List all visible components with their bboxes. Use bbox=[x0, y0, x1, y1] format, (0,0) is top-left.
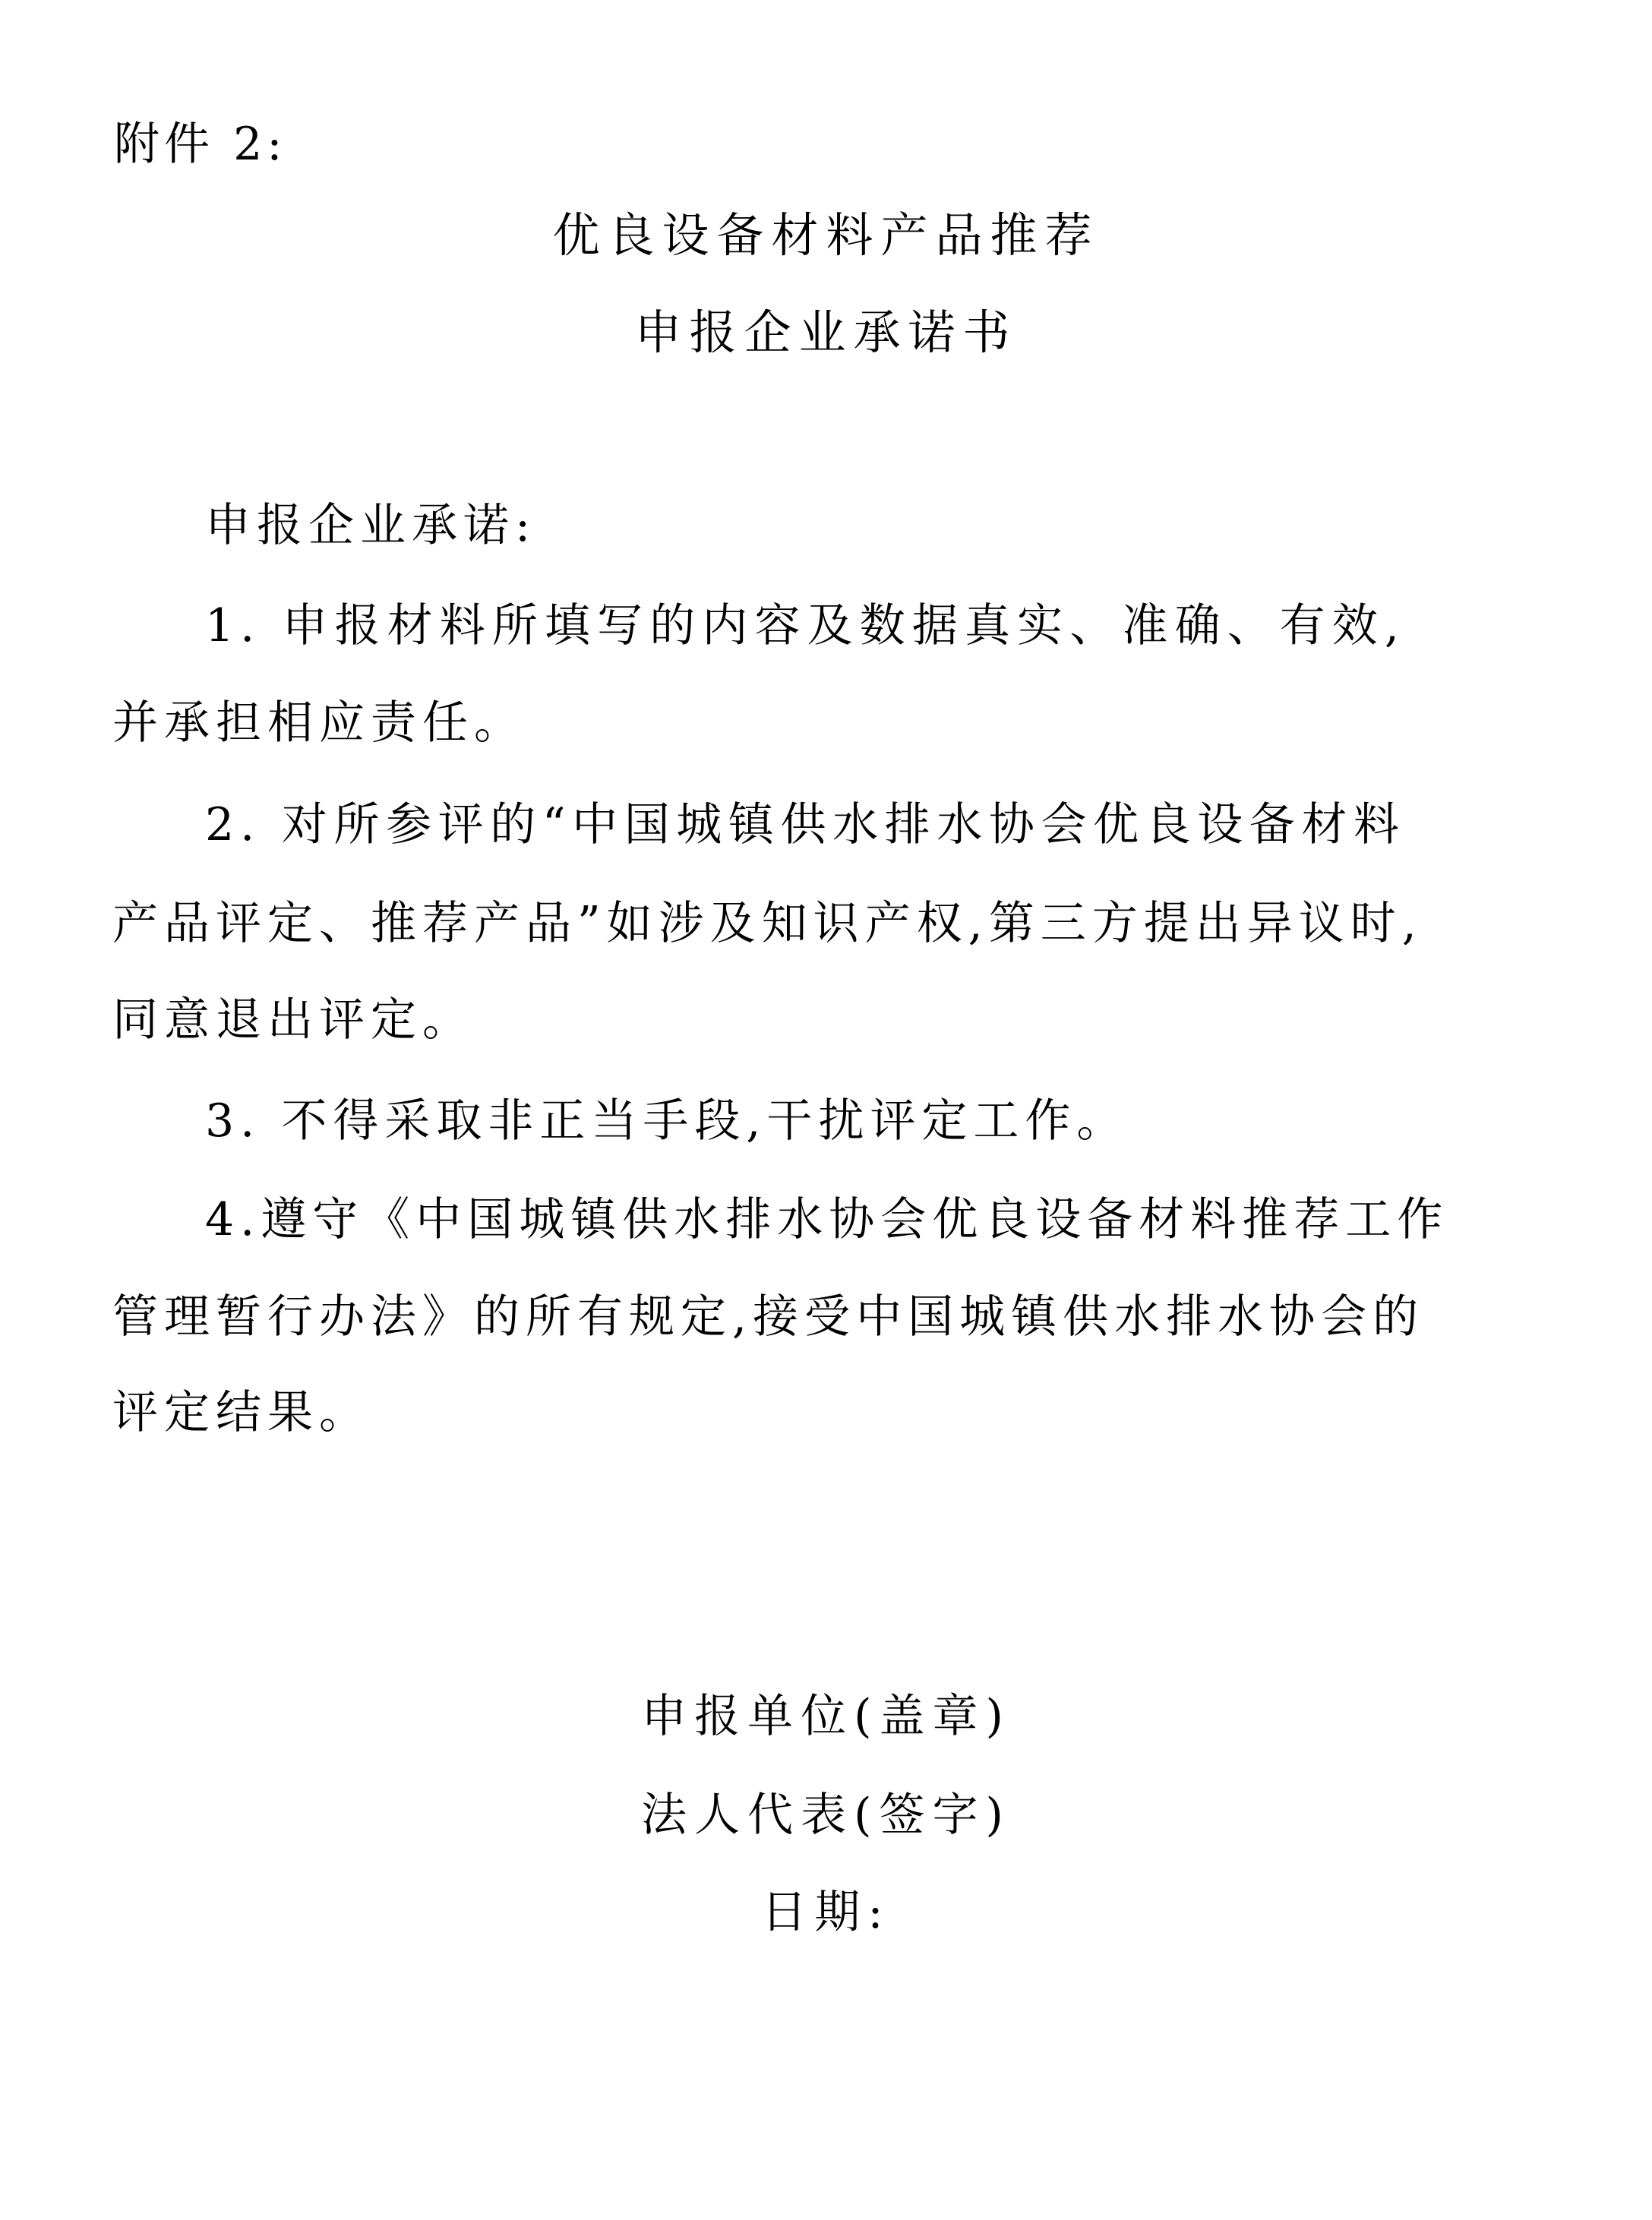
attachment-label: 附件 2: bbox=[114, 114, 286, 175]
commitment-4-line-1: 4.遵守《中国城镇供水排水协会优良设备材料推荐工作 bbox=[205, 1189, 1405, 1250]
commitment-2-line-2: 产品评定、推荐产品”如涉及知识产权,第三方提出异议时, bbox=[112, 893, 1404, 954]
commitment-3-line-1: 3. 不得采取非正当手段,干扰评定工作。 bbox=[205, 1091, 1128, 1151]
title-line-2: 申报企业承诺书 bbox=[0, 302, 1652, 363]
commitment-2-line-1: 2. 对所参评的“中国城镇供水排水协会优良设备材料 bbox=[205, 794, 1405, 855]
title-line-1: 优良设备材料产品推荐 bbox=[0, 205, 1652, 266]
commitment-1-line-1: 1. 申报材料所填写的内容及数据真实、准确、有效, bbox=[205, 595, 1405, 656]
commitment-4-line-3: 评定结果。 bbox=[112, 1382, 371, 1443]
signature-legal-representative: 法人代表(签字) bbox=[0, 1785, 1652, 1846]
signature-date: 日期: bbox=[0, 1882, 1652, 1943]
commitment-1-line-2: 并承担相应责任。 bbox=[112, 693, 526, 753]
intro-text: 申报企业承诺: bbox=[205, 495, 536, 556]
signature-unit-seal: 申报单位(盖章) bbox=[0, 1686, 1652, 1747]
document-page: 附件 2: 优良设备材料产品推荐 申报企业承诺书 申报企业承诺: 1. 申报材料… bbox=[0, 0, 1652, 2220]
commitment-2-line-3: 同意退出评定。 bbox=[112, 990, 474, 1050]
commitment-4-line-2: 管理暂行办法》的所有规定,接受中国城镇供水排水协会的 bbox=[112, 1287, 1404, 1347]
